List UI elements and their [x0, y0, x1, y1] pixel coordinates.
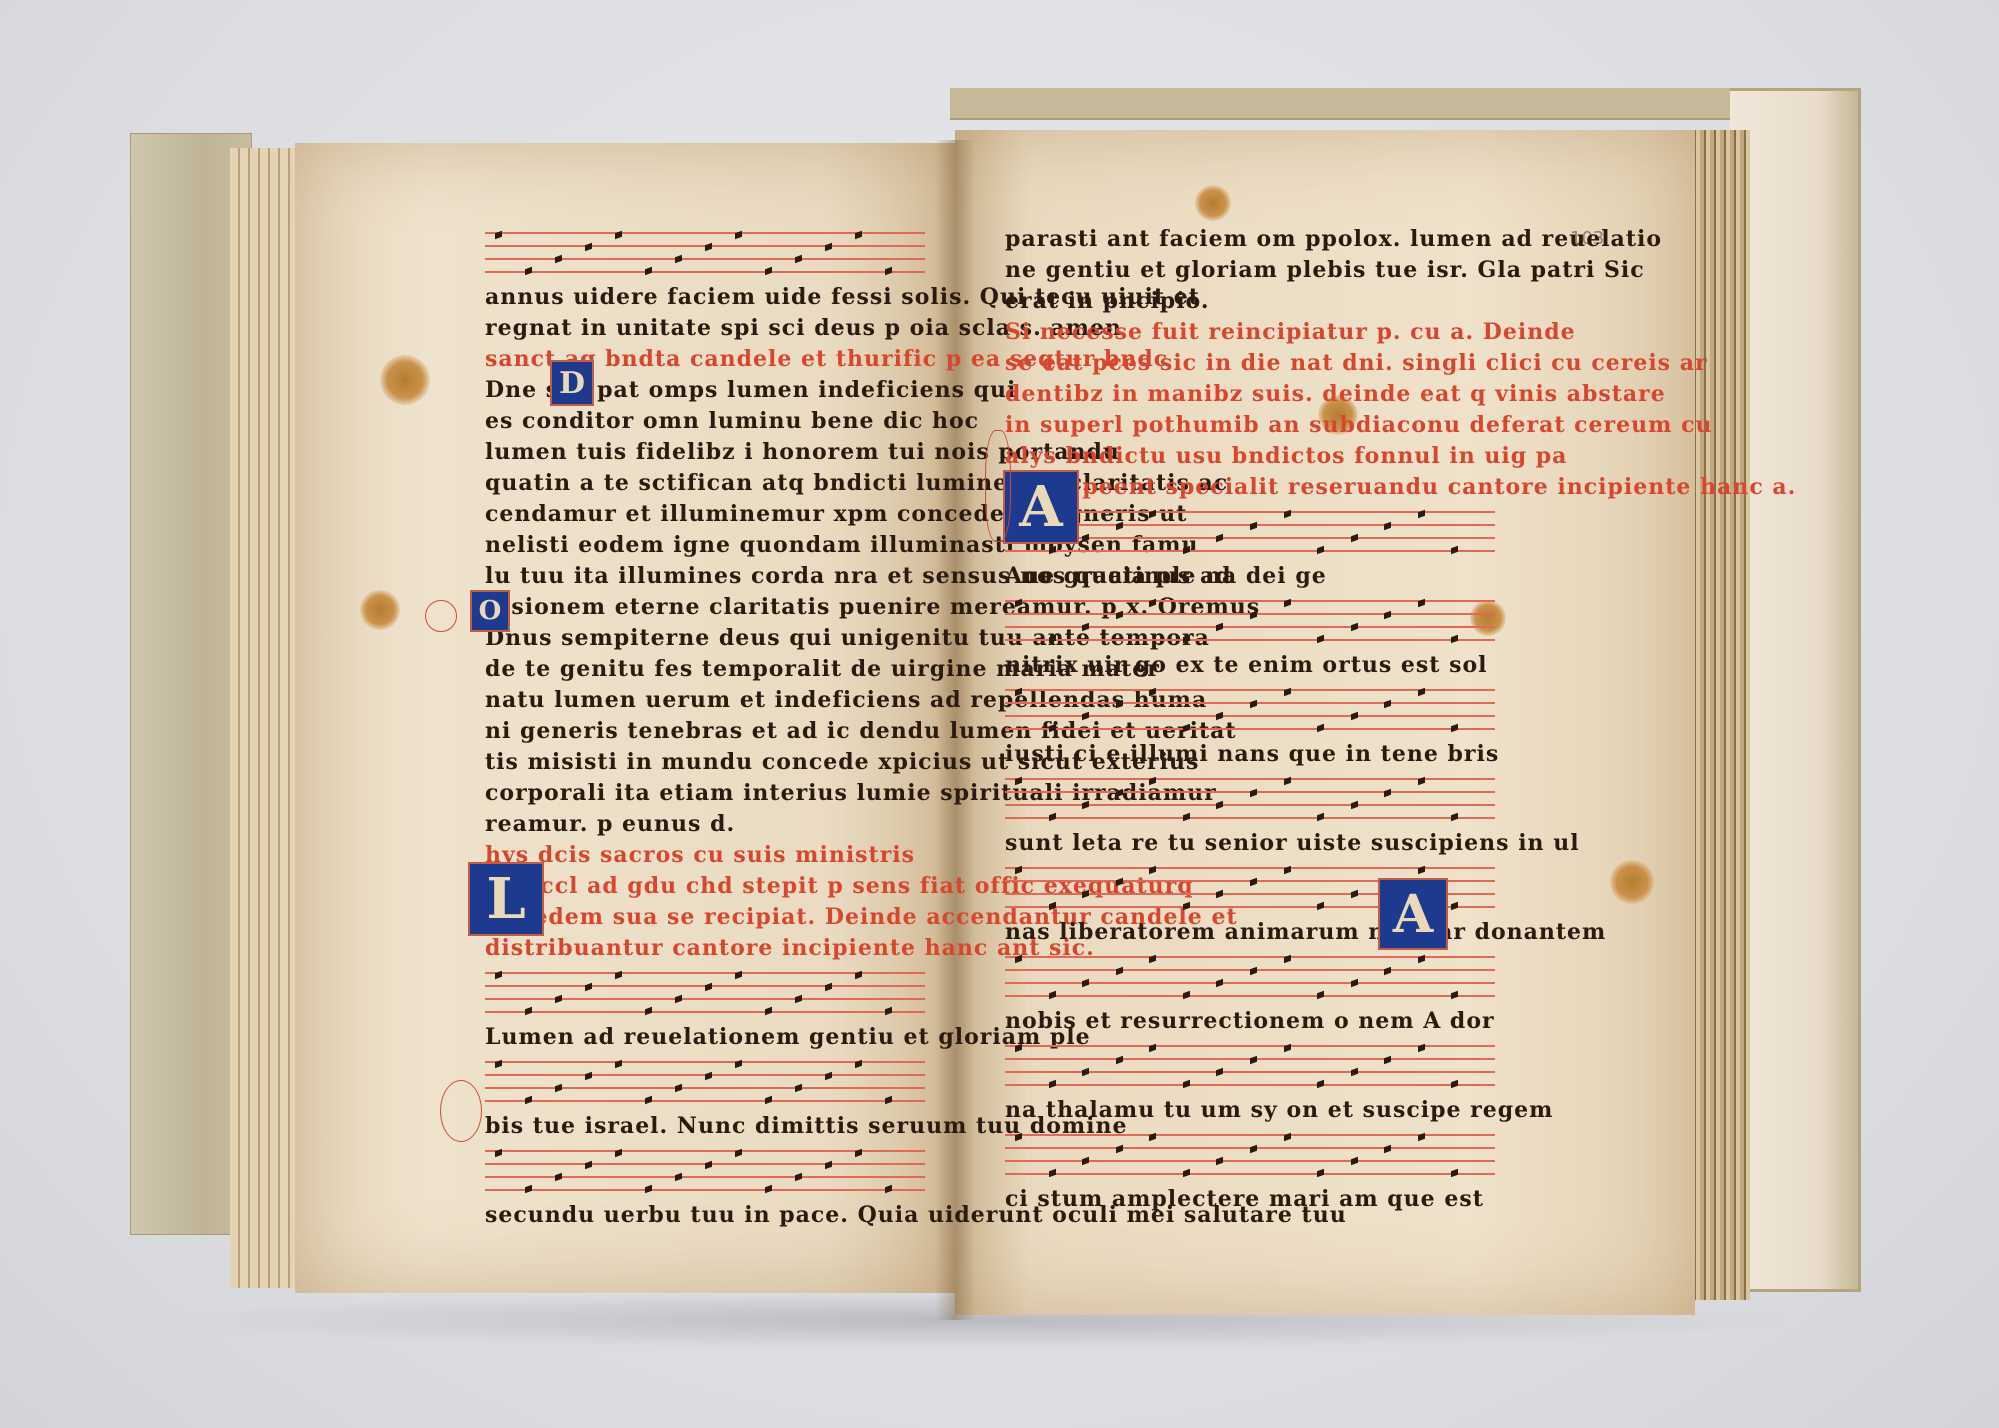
neume-note [1351, 1157, 1358, 1166]
neume-note [855, 231, 862, 240]
neume-note [1116, 611, 1123, 620]
neume-note [555, 1173, 562, 1182]
music-staff [485, 1150, 925, 1190]
neume-note [1384, 522, 1391, 531]
text-line: ci stum amplectere mari am que est [1005, 1186, 1484, 1212]
neume-note [675, 1173, 682, 1182]
neume-note [1418, 866, 1425, 875]
neume-note [585, 243, 592, 252]
neume-note [825, 1161, 832, 1170]
neume-note [1384, 611, 1391, 620]
rubric-line: alys bndictu usu bndictos fonnul in uig … [1005, 443, 1567, 469]
neume-note [795, 995, 802, 1004]
neume-note [1116, 1056, 1123, 1065]
neume-note [705, 1161, 712, 1170]
neume-note [795, 255, 802, 264]
rubric-line: sch a peent specialit reseruandu cantore… [1005, 474, 1796, 500]
neume-note [1116, 789, 1123, 798]
neume-note [1351, 979, 1358, 988]
rubric-line: hys dcis sacros cu suis ministris [485, 842, 915, 868]
neume-note [615, 1060, 622, 1069]
neume-note [1216, 1157, 1223, 1166]
neume-note [1250, 1056, 1257, 1065]
decorated-initial-a-second: A [1378, 878, 1448, 950]
neume-note [1082, 712, 1089, 721]
neume-note [615, 1149, 622, 1158]
neume-note [1351, 801, 1358, 810]
neume-note [1250, 700, 1257, 709]
neume-note [1384, 1145, 1391, 1154]
neume-note [1015, 1044, 1022, 1053]
neume-note [705, 983, 712, 992]
rubric-line: distribuantur cantore incipiente hanc an… [485, 935, 1095, 961]
neume-note [495, 231, 502, 240]
music-staff [485, 972, 925, 1012]
neume-note [1216, 801, 1223, 810]
text-line: Aue gracia ple na dei ge [1005, 563, 1327, 589]
text-line: reamur. p eunus d. [485, 811, 735, 837]
neume-note [1284, 866, 1291, 875]
neume-note [1149, 1044, 1156, 1053]
neume-note [1418, 777, 1425, 786]
neume-note [795, 1084, 802, 1093]
neume-note [1015, 1133, 1022, 1142]
neume-note [615, 231, 622, 240]
neume-note [585, 983, 592, 992]
neume-note [1015, 599, 1022, 608]
neume-note [1015, 688, 1022, 697]
neume-note [825, 1072, 832, 1081]
text-line: nitrix uir go ex te enim ortus est sol [1005, 652, 1488, 678]
neume-note [1384, 967, 1391, 976]
neume-note [1116, 700, 1123, 709]
neume-note [735, 1060, 742, 1069]
neume-note [1116, 1145, 1123, 1154]
decorated-initial-a: A [1003, 470, 1079, 544]
stain [380, 355, 430, 405]
neume-note [1082, 890, 1089, 899]
neume-note [1149, 599, 1156, 608]
neume-note [1250, 878, 1257, 887]
music-staff [1005, 600, 1495, 640]
neume-note [675, 255, 682, 264]
neume-note [705, 1072, 712, 1081]
music-staff [1005, 1134, 1495, 1174]
neume-note [1250, 611, 1257, 620]
decorated-initial-l: L [468, 862, 544, 936]
neume-note [1250, 967, 1257, 976]
neume-note [1149, 688, 1156, 697]
music-staff [1005, 778, 1495, 818]
neume-note [735, 971, 742, 980]
neume-note [825, 983, 832, 992]
text-line: iusti ci e illumi nans que in tene bris [1005, 741, 1499, 767]
neume-note [1015, 866, 1022, 875]
neume-note [1418, 1044, 1425, 1053]
neume-note [1015, 955, 1022, 964]
text-line: na thalamu tu um sy on et suscipe regem [1005, 1097, 1553, 1123]
neume-note [1082, 979, 1089, 988]
neume-note [1284, 1133, 1291, 1142]
neume-note [1418, 1133, 1425, 1142]
neume-note [555, 1084, 562, 1093]
neume-note [495, 971, 502, 980]
neume-note [1284, 955, 1291, 964]
music-staff [1005, 1045, 1495, 1085]
neume-note [1418, 510, 1425, 519]
neume-note [555, 995, 562, 1004]
neume-note [1149, 866, 1156, 875]
neume-note [855, 971, 862, 980]
neume-note [1149, 955, 1156, 964]
right-page-stack [1690, 130, 1750, 1300]
neume-note [1015, 777, 1022, 786]
neume-note [1284, 510, 1291, 519]
neume-note [1250, 522, 1257, 531]
neume-note [1250, 1145, 1257, 1154]
neume-note [1384, 1056, 1391, 1065]
neume-note [1284, 599, 1291, 608]
neume-note [1082, 1068, 1089, 1077]
neume-note [495, 1149, 502, 1158]
decorated-initial-d: D [550, 360, 594, 406]
music-staff [485, 1061, 925, 1101]
neume-note [1418, 955, 1425, 964]
neume-note [1284, 1044, 1291, 1053]
neume-note [1116, 878, 1123, 887]
music-staff [1005, 689, 1495, 729]
neume-note [705, 243, 712, 252]
rubric-line: Si necesse fuit reincipiatur p. cu a. De… [1005, 319, 1576, 345]
neume-note [675, 1084, 682, 1093]
cover-top-edge [950, 88, 1858, 120]
stain [360, 590, 400, 630]
music-staff [485, 232, 925, 272]
neume-note [1418, 599, 1425, 608]
neume-note [1216, 712, 1223, 721]
music-staff [1005, 956, 1495, 996]
neume-note [1149, 1133, 1156, 1142]
neume-note [1351, 534, 1358, 543]
neume-note [1082, 623, 1089, 632]
neume-note [1351, 890, 1358, 899]
neume-note [1216, 1068, 1223, 1077]
pen-flourish [985, 430, 1011, 542]
pen-flourish [425, 600, 457, 632]
neume-note [1284, 688, 1291, 697]
neume-note [1351, 1068, 1358, 1077]
neume-note [1216, 534, 1223, 543]
neume-note [1116, 967, 1123, 976]
text-line: nas liberatorem animarum nostrar donante… [1005, 919, 1606, 945]
neume-note [1384, 700, 1391, 709]
neume-note [585, 1072, 592, 1081]
neume-note [1149, 777, 1156, 786]
text-line: es conditor omn luminu bene dic hoc [485, 408, 979, 434]
neume-note [1418, 688, 1425, 697]
neume-note [1284, 777, 1291, 786]
neume-note [1082, 534, 1089, 543]
rubric-line: se eat pces sic in die nat dni. singli c… [1005, 350, 1708, 376]
neume-note [1216, 623, 1223, 632]
neume-note [615, 971, 622, 980]
neume-note [1351, 623, 1358, 632]
neume-note [555, 255, 562, 264]
text-line: nobis et resurrectionem o nem A dor [1005, 1008, 1495, 1034]
neume-note [495, 1060, 502, 1069]
decorated-initial-o: O [470, 590, 510, 632]
neume-note [585, 1161, 592, 1170]
stain [1195, 185, 1231, 221]
stain [1610, 860, 1654, 904]
neume-note [735, 231, 742, 240]
neume-note [735, 1149, 742, 1158]
neume-note [1116, 522, 1123, 531]
neume-note [1351, 712, 1358, 721]
neume-note [795, 1173, 802, 1182]
text-line: Lumen ad reuelationem gentiu et gloriam … [485, 1024, 1091, 1050]
neume-note [1384, 789, 1391, 798]
text-line: ne gentiu et gloriam plebis tue isr. Gla… [1005, 257, 1645, 283]
neume-note [1216, 979, 1223, 988]
text-line: erat in pncipio. [1005, 288, 1210, 314]
neume-note [675, 995, 682, 1004]
neume-note [855, 1149, 862, 1158]
neume-note [855, 1060, 862, 1069]
neume-note [1250, 789, 1257, 798]
neume-note [1216, 890, 1223, 899]
neume-note [1149, 510, 1156, 519]
neume-note [1082, 801, 1089, 810]
neume-note [1082, 1157, 1089, 1166]
neume-note [825, 243, 832, 252]
rubric-line: dentibz in manibz suis. deinde eat q vin… [1005, 381, 1666, 407]
text-line: parasti ant faciem om ppolox. lumen ad r… [1005, 226, 1662, 252]
rubric-line: in superl pothumib an subdiaconu deferat… [1005, 412, 1712, 438]
text-line: sunt leta re tu senior uiste suscipiens … [1005, 830, 1580, 856]
pen-flourish [440, 1080, 482, 1142]
